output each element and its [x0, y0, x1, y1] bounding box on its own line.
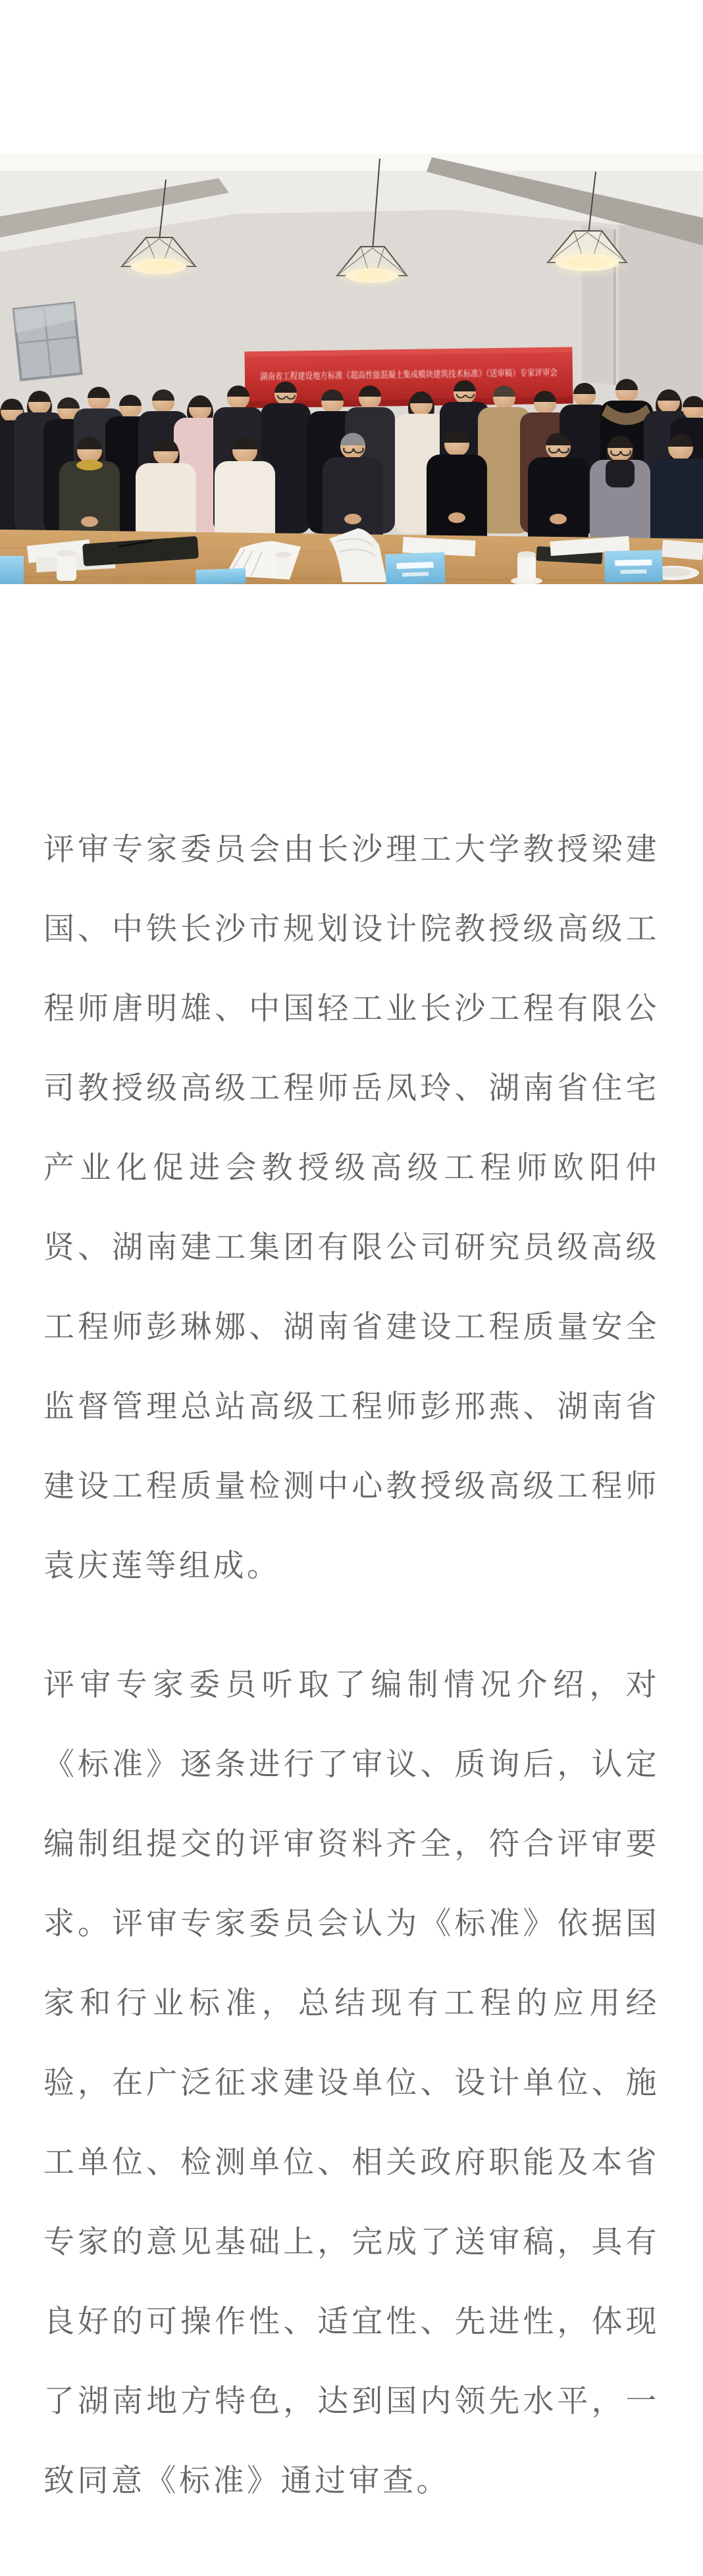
- name-card: [0, 556, 24, 584]
- paragraph-review: 评审专家委员听取了编制情况介绍，对《标准》逐条进行了审议、质询后，认定编制组提交…: [43, 1645, 660, 2520]
- name-card: [385, 552, 446, 584]
- article-page: 湖南省工程建设地方标准《超高性能混凝土集成模块建筑技术标准》（送审稿）专家评审会: [0, 0, 703, 2576]
- teacup: [54, 550, 79, 584]
- name-card: [604, 550, 663, 583]
- name-card: [195, 568, 246, 584]
- group-photo[interactable]: 湖南省工程建设地方标准《超高性能混凝土集成模块建筑技术标准》（送审稿）专家评审会: [0, 153, 703, 584]
- article-body: 评审专家委员会由长沙理工大学教授梁建国、中铁长沙市规划设计院教授级高级工程师唐明…: [0, 584, 703, 2520]
- paragraph-committee: 评审专家委员会由长沙理工大学教授梁建国、中铁长沙市规划设计院教授级高级工程师唐明…: [43, 809, 660, 1605]
- window: [14, 303, 82, 380]
